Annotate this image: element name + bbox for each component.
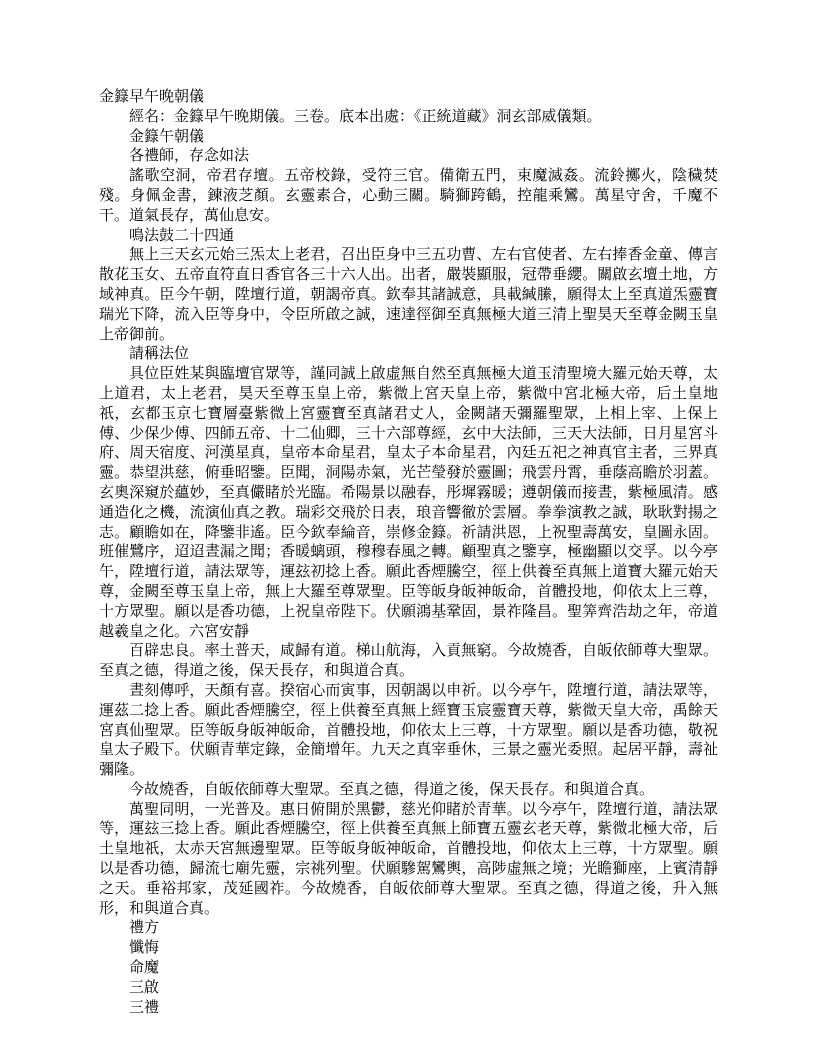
section-heading: 懺悔 — [99, 939, 718, 959]
doc-paragraph: 晝刻傳呼，天顏有喜。揆宿心而寅事，因朝謁以申祈。以今亭午，陞壇行道，請法眾等，運… — [99, 682, 718, 781]
doc-paragraph: 今故燒香，自皈依師尊大聖眾。至真之德，得道之後，保天長存。和與道合真。 — [99, 781, 718, 801]
section-heading: 鳴法鼓二十四通 — [99, 227, 718, 247]
section-heading: 命魔 — [99, 959, 718, 979]
document-page: 金籙早午晚朝儀 經名：金籙早午晚期儀。三卷。底本出處：《正統道藏》洞玄部威儀類。… — [99, 88, 718, 1018]
section-heading: 金籙午朝儀 — [99, 128, 718, 148]
section-heading: 禮方 — [99, 919, 718, 939]
doc-paragraph: 萬聖同明，一光普及。惠日俯開於黑鬱，慈光仰睹於青華。以今亭午，陞壇行道，請法眾等… — [99, 801, 718, 920]
doc-paragraph: 百辟忠良。率土普天，咸歸有道。梯山航海，入貢無窮。今故燒香，自皈依師尊大聖眾。至… — [99, 642, 718, 682]
section-heading: 三禮 — [99, 999, 718, 1019]
section-heading: 三啟 — [99, 979, 718, 999]
section-heading: 各禮師，存念如法 — [99, 147, 718, 167]
doc-paragraph: 謠歌空洞，帝君存壇。五帝校錄，受符三官。備衛五門，束魔滅姦。流鈴擲火，陰穢焚殘。… — [99, 167, 718, 226]
doc-paragraph: 具位臣姓某與臨壇官眾等，謹同誠上啟虛無自然至真無極大道玉清聖境大羅元始天尊，太上… — [99, 365, 718, 642]
document-title: 金籙早午晚朝儀 — [99, 88, 718, 108]
doc-paragraph: 無上三天玄元始三炁太上老君，召出臣身中三五功曹、左右官使者、左右捧香金童、傳言散… — [99, 246, 718, 345]
section-heading: 請稱法位 — [99, 345, 718, 365]
doc-meta-line: 經名：金籙早午晚期儀。三卷。底本出處：《正統道藏》洞玄部威儀類。 — [99, 108, 718, 128]
